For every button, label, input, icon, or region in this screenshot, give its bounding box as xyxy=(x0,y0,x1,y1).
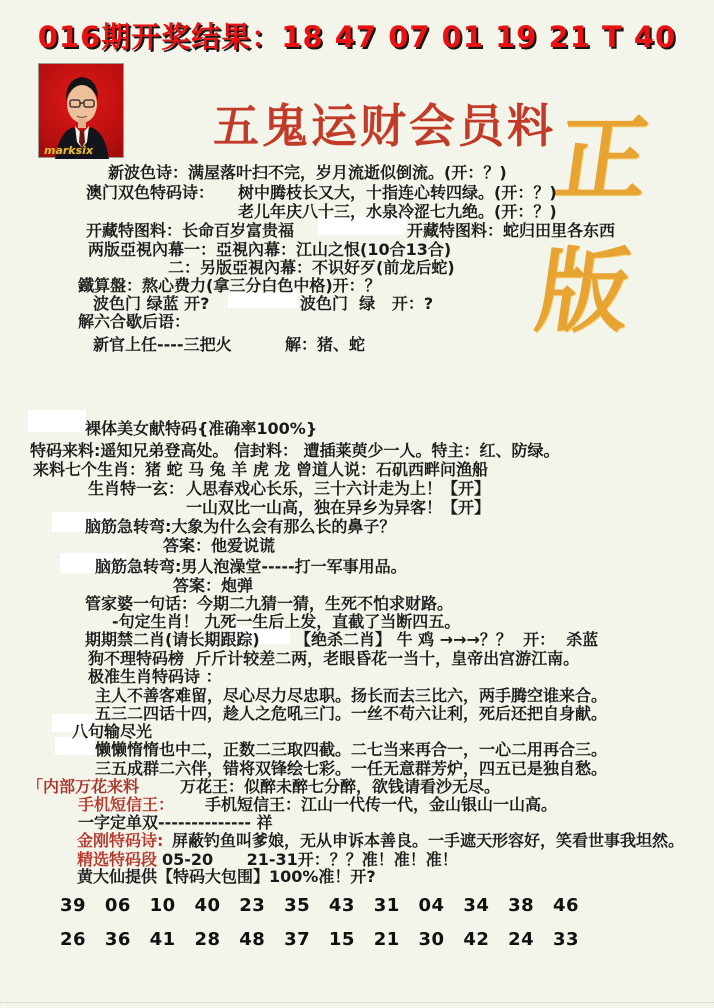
xiehouyu-text: 新官上任----三把火 xyxy=(93,335,232,354)
riddle2-answer: 答案：炮弹 xyxy=(173,576,253,595)
new-bose-poem: 新波色诗：满屋落叶扫不完，岁月流逝似倒流。(开：？) xyxy=(108,163,507,182)
bose-door-left: 波色门 绿蓝 开? xyxy=(93,294,209,313)
white-patch xyxy=(28,410,86,432)
banned-zodiac-right: 【绝杀二肖】 牛 鸡 →→→？？ 开： 杀蓝 xyxy=(295,630,598,649)
neibu-wanhua-label: 「内部万花来料 xyxy=(27,777,139,796)
page-title: 五鬼运财会员料 xyxy=(213,90,556,156)
macau-poem-line1: 树中腾枝长又大，十指连心转四绿。(开：？) xyxy=(238,183,557,202)
sms-king-text: 手机短信王：江山一代传一代，金山银山一山高。 xyxy=(205,795,557,814)
edition-badge: 正版 xyxy=(529,86,714,350)
wanhua-king-line: 万花王：似醉未醉七分醉，欲钱请看沙无尽。 xyxy=(180,777,500,796)
macau-poem-line2: 老儿年庆八十三，水泉冷涩七九绝。(开：？) xyxy=(238,202,557,221)
jizhun-label: 极准生肖特码诗 ： xyxy=(88,667,222,686)
texuan-label: 生肖特一玄： xyxy=(88,479,184,498)
jizhun-line2: 五三二四话十四，趁人之危吼三门。一丝不苟六让利，死后还把自身献。 xyxy=(95,704,607,723)
tipster-photo: marksix xyxy=(38,63,124,158)
baju-line2: 三五成群二六伴，错将双锋绘七彩。一任无意群芳炉，四五已是独自愁。 xyxy=(95,759,607,778)
jizhun-line1: 主人不善客难留，尽心尽力尽忠职。扬长而去三比六，两手腾空谁来合。 xyxy=(95,686,607,705)
lottery-tip-sheet: 016期开奖结果：18 47 07 01 19 21 T 40 marksix … xyxy=(0,0,714,1008)
tema-lailiao-line: 特码来料:遥知兄弟登高处。 信封料： 遭插莱萸少一人。特主：红、防绿。 xyxy=(30,441,560,460)
draw-result-header: 016期开奖结果：18 47 07 01 19 21 T 40 xyxy=(0,15,714,56)
jingang-poem-label: 金刚特码诗: xyxy=(77,831,163,850)
xiehouyu-answer: 解：猪、蛇 xyxy=(285,335,365,354)
yashi-line2: 二：另版亞視內幕：不识好歹(前龙后蛇) xyxy=(168,258,455,277)
riddle1-answer: 答案：他爱说谎 xyxy=(163,536,275,555)
xiehouyu-label: 解六合歇后语： xyxy=(78,312,190,331)
jingang-poem-text: 屏蔽钓鱼叫爹娘，无从申诉本善良。一手遮天形容好，笑看世事我坦然。 xyxy=(172,831,684,850)
baju-label: 八句输尽光 xyxy=(72,722,152,741)
kaicang-right: 开藏特图料：蛇归田里各东西 xyxy=(407,221,615,240)
page-bottom-edge xyxy=(0,1002,714,1003)
kaicang-left: 开藏特图料：长命百岁富贵福 xyxy=(86,221,294,240)
guanjiapo-line1: 管家婆一句话：今期二九猜一猜，生死不怕求财路。 xyxy=(85,594,453,613)
yashi-line1: 两版亞視內幕一：亞視內幕：江山之恨(10合13合) xyxy=(88,240,451,259)
baju-line1: 懒懒惰惰也中二，正数二三取四截。二七当来再合一，一心二用再合三。 xyxy=(95,740,607,759)
banned-zodiac-left: 期期禁二肖(请长期跟踪) xyxy=(85,630,260,649)
bose-door-right: 波色门 绿 开：? xyxy=(300,294,433,313)
goubuli-line: 狗不理特码榜 斤斤计较差二两，老眼昏花一当十，皇帝出宫游江南。 xyxy=(88,649,579,668)
seven-zodiac-line: 来料七个生肖：猪 蛇 马 兔 羊 虎 龙 曾道人说：石矶西畔问渔船 xyxy=(33,460,488,479)
sms-king-label: 手机短信王： xyxy=(78,795,174,814)
numbers-row-2: 26 36 41 28 48 37 15 21 30 42 24 33 xyxy=(60,929,579,950)
riddle2-question: 脑筋急转弯:男人泡澡堂-----打一军事用品。 xyxy=(95,557,407,576)
macau-poem-label: 澳门双色特码诗： xyxy=(86,183,214,202)
single-double-line: 一字定单双-------------- 祥 xyxy=(78,813,273,832)
numbers-row-1: 39 06 10 40 23 35 43 31 04 34 38 46 xyxy=(60,895,579,916)
photo-brand-text: marksix xyxy=(44,144,93,157)
guanjiapo-line2: -句定生肖！ 九死一生后上发，直截了当断四五。 xyxy=(112,612,460,631)
huangdaxian-line: 黄大仙提供【特码大包围】100%准！开? xyxy=(77,867,376,886)
texuan-line1: 人思春戏心长乐，三十六计走为上！【开】 xyxy=(186,479,490,498)
riddle1-question: 脑筋急转弯:大象为什么会有那么长的鼻子？ xyxy=(85,517,395,536)
texuan-line2: 一山双比一山高，独在异乡为异客！【开】 xyxy=(186,498,490,517)
tiesuanpan-line: 鐵算盤：熬心费力(拿三分白色中格)开：？ xyxy=(78,276,381,295)
luoti-line: 裸体美女献特码{准确率100%} xyxy=(85,419,317,438)
